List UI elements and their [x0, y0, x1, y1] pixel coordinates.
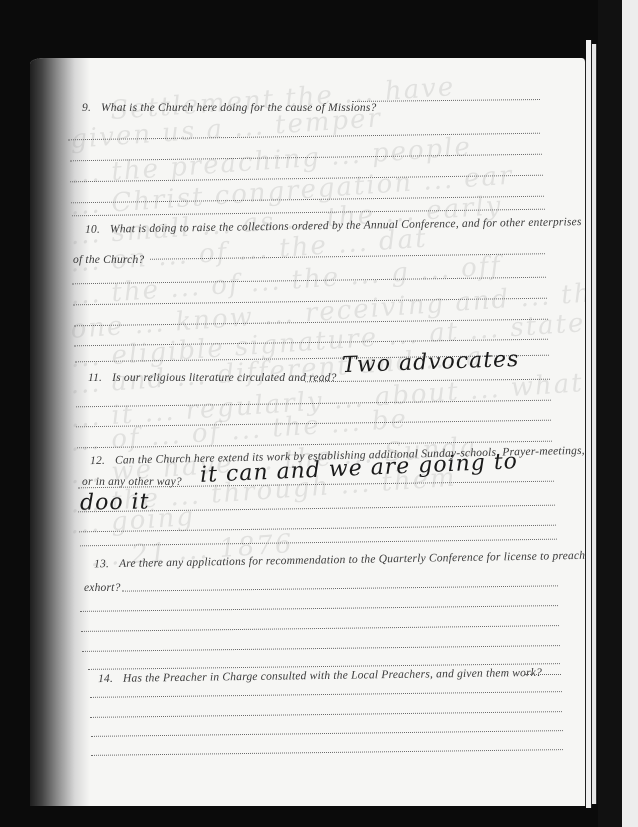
- answer-line: [91, 749, 563, 756]
- answer-line: [525, 674, 561, 675]
- question-14: 14.Has the Preacher in Charge consulted …: [98, 667, 542, 685]
- question-number: 11.: [88, 372, 102, 384]
- question-10-continued: of the Church?: [73, 254, 144, 266]
- question-number: 14.: [98, 673, 113, 685]
- answer-line: [90, 691, 562, 698]
- question-9: 9.What is the Church here doing for the …: [82, 102, 377, 114]
- question-number: 9.: [82, 102, 91, 114]
- answer-line: [81, 625, 559, 632]
- question-13-continued: exhort?: [84, 582, 121, 594]
- question-text: What is the Church here doing for the ca…: [101, 102, 376, 114]
- question-text: Has the Preacher in Charge consulted wit…: [123, 667, 542, 685]
- answer-line: [80, 605, 558, 612]
- answer-line: [122, 585, 558, 591]
- question-number: 10.: [85, 224, 100, 236]
- question-text: Is our religious literature circulated a…: [112, 372, 336, 384]
- scan-right-margin: [622, 0, 638, 827]
- question-number: 13.: [94, 558, 109, 570]
- question-number: 12.: [90, 455, 105, 467]
- scan-dark-margin: [598, 0, 622, 827]
- underlying-page-edge: [586, 40, 592, 808]
- question-11: 11.Is our religious literature circulate…: [88, 372, 337, 384]
- answer-line: [82, 645, 560, 652]
- answer-line: [91, 730, 563, 737]
- answer-line: [90, 711, 562, 718]
- document-page: Settlement the ... have given us a ... t…: [30, 58, 586, 806]
